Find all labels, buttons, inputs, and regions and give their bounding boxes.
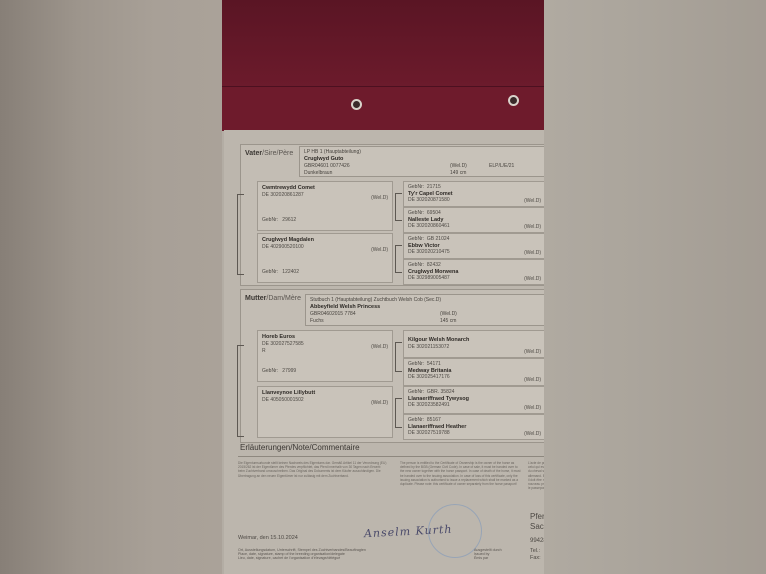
signature-label: Ort, Ausstellungsdatum, Unterschrift, St… (238, 548, 418, 561)
dam-sire-box: Horeb Euros DE 302027527585 R (Wel.D) Ge… (257, 330, 393, 382)
blurred-background-left (0, 0, 222, 574)
place-date: Weimar, den 15.10.2024 (238, 535, 298, 541)
issued-by-label: Ausgestellt durch Issued by Émis par (474, 548, 514, 561)
dam-dam-box: Llanveynoe Lillybutt DE 405050001502 (We… (257, 386, 393, 438)
notes-french: L'acte de propriété revient à celui qui … (528, 461, 544, 490)
sire-code: ELP/L/E/21 (489, 163, 514, 170)
sire-sire-box: Cwmtrewydd Comet DE 302020861287 (Wel.D)… (257, 181, 393, 231)
burgundy-folder (222, 0, 544, 130)
pedigree-bracket (395, 193, 402, 221)
grandparent-box: GebNr: 21715 Ty'r Capel Comet DE 3020208… (403, 181, 544, 207)
dam-header: Stutbuch 1 (Hauptabteilung) Zuchtbuch We… (305, 294, 544, 326)
sire-register: LP HB 1 (Hauptabteilung) (304, 149, 540, 156)
pedigree-bracket (395, 398, 402, 428)
grandparent-box: GebNr: 82432 Cruglwyd Morwena DE 3029890… (403, 259, 544, 285)
dam-section: Mutter/Dam/Mère Stutbuch 1 (Hauptabteilu… (240, 289, 544, 443)
grandparent-box: GebNr: 85167 Llanaeriffraed Heather DE 3… (403, 414, 544, 440)
sire-header: LP HB 1 (Hauptabteilung) Cruglwyd Guto G… (299, 146, 544, 177)
folder-flap (222, 86, 544, 131)
postcode: 99428 (530, 538, 544, 544)
sire-section-title: Vater/Sire/Père (245, 150, 293, 157)
tel-label: Tel.: (530, 548, 540, 554)
notes-german: Die Eigentumsurkunde stellt keinen Nachw… (238, 461, 388, 478)
notes-title: Erläuterungen/Note/Commentaire (240, 443, 360, 452)
dam-ueln: GBR04602015 7784 (310, 311, 356, 317)
sire-section: Vater/Sire/Père LP HB 1 (Hauptabteilung)… (240, 144, 544, 286)
dam-register: Stutbuch 1 (Hauptabteilung) Zuchtbuch We… (310, 297, 540, 304)
divider (238, 456, 544, 457)
grandparent-box: GebNr: 54171 Medway Britania DE 30202541… (403, 358, 544, 386)
grandparent-box: GebNr: GBR. 35824 Llanaeriffraed Tywysog… (403, 386, 544, 414)
grandparent-box: GebNr: GB 21024 Ebbw Victor DE 302020210… (403, 233, 544, 259)
dam-color: Fuchs (310, 318, 324, 324)
pedigree-bracket (237, 345, 244, 437)
org-name-partial: Pferd (530, 512, 544, 521)
pedigree-bracket (395, 245, 402, 273)
sire-breed: (Wel.D) (450, 163, 467, 170)
blurred-background-right (544, 0, 766, 574)
sire-color: Dunkelbraun (304, 170, 332, 176)
sire-height: 149 cm (450, 170, 466, 177)
dam-height: 145 cm (440, 318, 456, 325)
grandparent-box: GebNr: 69504 Nalleste Lady DE 3020208604… (403, 207, 544, 233)
pedigree-certificate: Vater/Sire/Père LP HB 1 (Hauptabteilung)… (224, 130, 544, 574)
grommet-icon (351, 99, 362, 110)
sire-ueln: GBR04601 0077426 (304, 163, 350, 169)
pedigree-bracket (237, 194, 244, 275)
sire-name: Cruglwyd Guto (304, 156, 540, 163)
grandparent-box: Kilgour Welsh Monarch DE 302021153072 (W… (403, 330, 544, 358)
sire-dam-box: Cruglwyd Magdalen DE 402900520100 (Wel.D… (257, 233, 393, 283)
document-photo: Vater/Sire/Père LP HB 1 (Hauptabteilung)… (222, 0, 544, 574)
grommet-icon (508, 95, 519, 106)
dam-breed: (Wel.D) (440, 311, 457, 318)
fax-label: Fax: (530, 555, 541, 561)
notes-english: The person is entitled to the Certificat… (400, 461, 522, 486)
dam-name: Abbeyfield Welsh Princess (310, 304, 540, 311)
dam-section-title: Mutter/Dam/Mère (245, 295, 301, 302)
org-name-partial: Sachse (530, 522, 544, 531)
pedigree-bracket (395, 342, 402, 372)
